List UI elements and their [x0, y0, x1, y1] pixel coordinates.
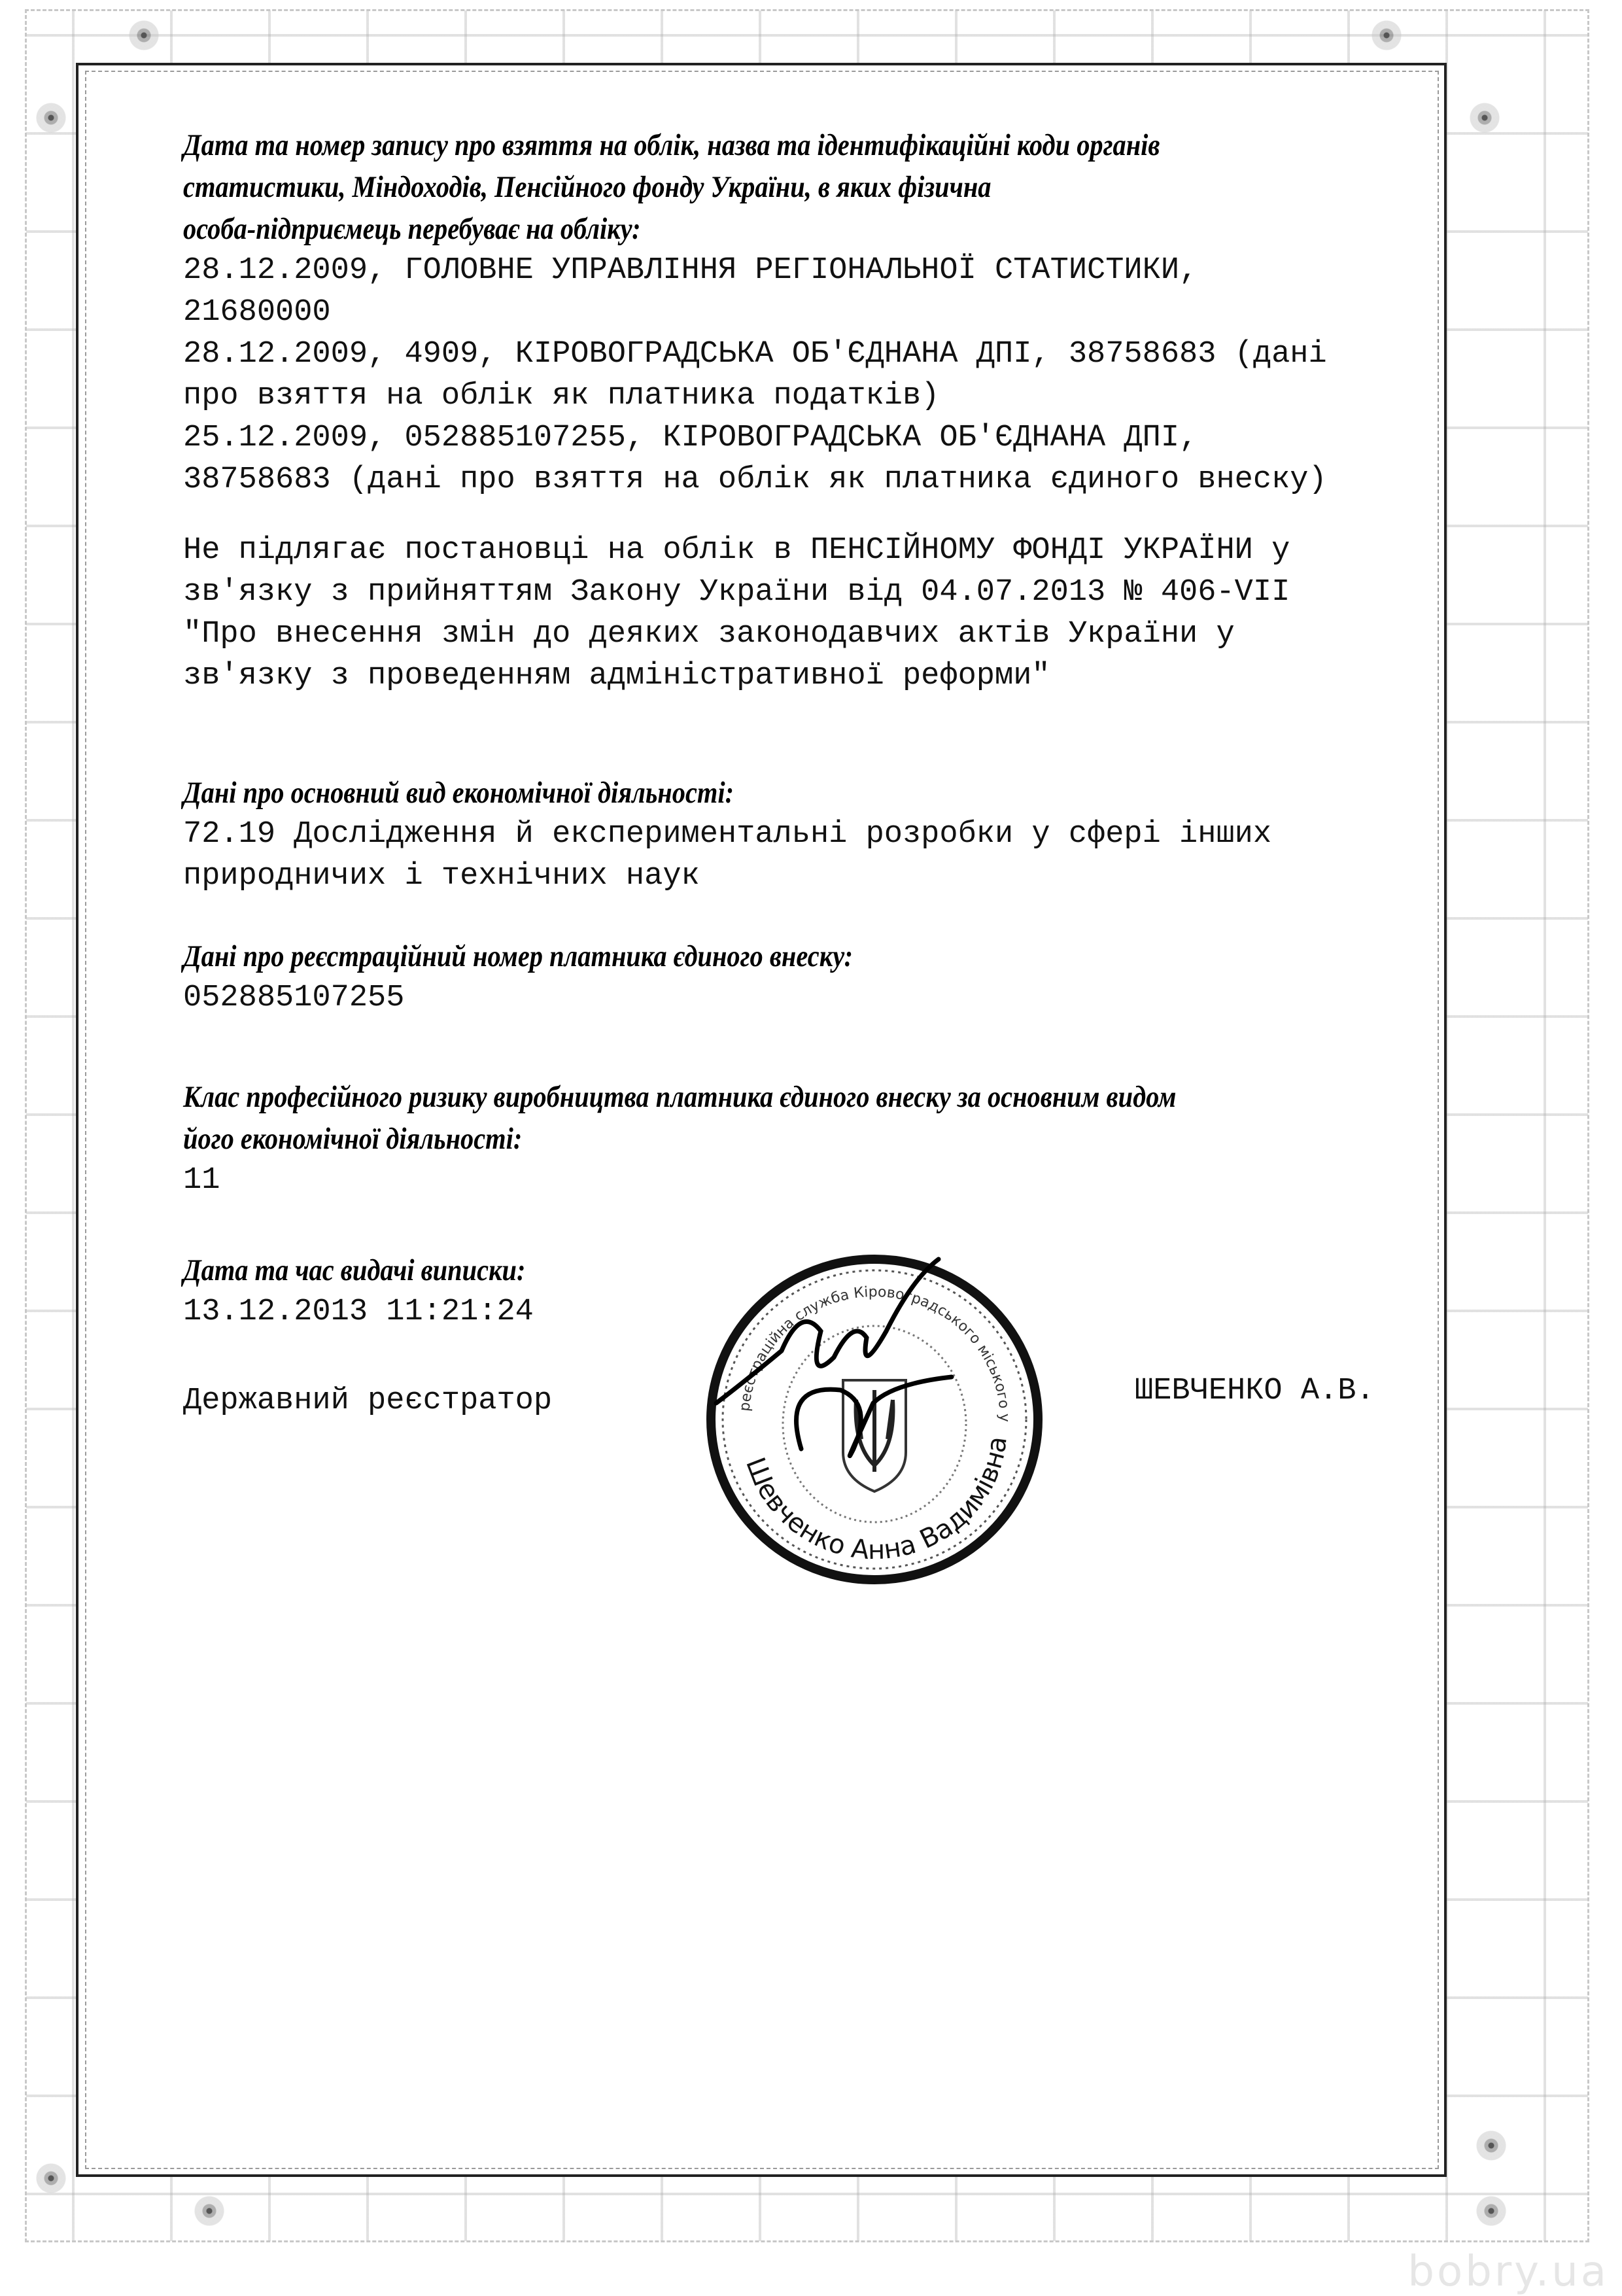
registration-value: про взяття на облік як платника податків…	[183, 375, 1327, 417]
pension-note-line: Не підлягає постановці на облік в ПЕНСІЙ…	[183, 530, 1290, 572]
activity-section: Дані про основний вид економічної діяльн…	[183, 772, 1271, 897]
issue-date-value: 13.12.2013 11:21:24	[183, 1291, 581, 1333]
registration-heading: статистики, Міндоходів, Пенсійного фонду…	[183, 166, 1167, 208]
watermark: bobry.ua	[1407, 2248, 1609, 2296]
ornament-icon	[31, 2159, 71, 2198]
ornament-icon	[1465, 98, 1504, 137]
risk-class-heading: Клас професійного ризику виробництва пла…	[183, 1076, 1177, 1118]
activity-heading: Дані про основний вид економічної діяльн…	[183, 772, 1119, 814]
payer-number-section: Дані про реєстраційний номер платника єд…	[183, 935, 962, 1019]
ornament-icon	[190, 2191, 229, 2231]
issue-date-heading: Дата та час видачі виписки:	[183, 1249, 525, 1291]
payer-number-heading: Дані про реєстраційний номер платника єд…	[183, 935, 853, 977]
official-seal: реєстраційна служба Кіровоградського міс…	[703, 1253, 1046, 1586]
registration-value: 28.12.2009, 4909, КІРОВОГРАДСЬКА ОБ'ЄДНА…	[183, 334, 1327, 375]
risk-class-section: Клас професійного ризику виробництва пла…	[183, 1076, 1338, 1202]
pension-note: Не підлягає постановці на облік в ПЕНСІЙ…	[183, 530, 1290, 697]
registration-value: 25.12.2009, 052885107255, КІРОВОГРАДСЬКА…	[183, 417, 1327, 459]
registrar-role: Державний реєстратор	[183, 1380, 552, 1422]
registration-heading: Дата та номер запису про взяття на облік…	[183, 124, 1167, 166]
risk-class-heading: його економічної діяльності:	[183, 1118, 1177, 1160]
seal-outer-text: реєстраційна служба Кіровоградського міс…	[703, 1253, 1012, 1422]
registration-value: 28.12.2009, ГОЛОВНЕ УПРАВЛІННЯ РЕГІОНАЛЬ…	[183, 250, 1327, 292]
ornament-icon	[124, 16, 164, 55]
registrar-name: ШЕВЧЕНКО А.В.	[1135, 1370, 1375, 1412]
pension-note-line: зв'язку з проведенням адміністративної р…	[183, 655, 1290, 697]
payer-number-value: 052885107255	[183, 977, 962, 1019]
pension-note-line: "Про внесення змін до деяких законодавчи…	[183, 614, 1290, 655]
signature-icon	[716, 1259, 952, 1456]
ornament-icon	[31, 98, 71, 137]
ornament-icon	[1472, 2191, 1511, 2231]
activity-value: 72.19 Дослідження й експериментальні роз…	[183, 814, 1271, 856]
ornament-icon	[1367, 16, 1406, 55]
activity-value: природничих і технічних наук	[183, 856, 1271, 897]
registration-section: Дата та номер запису про взяття на облік…	[183, 124, 1327, 501]
issue-date-section: Дата та час видачі виписки: 13.12.2013 1…	[183, 1249, 581, 1333]
registration-value: 38758683 (дані про взяття на облік як пл…	[183, 459, 1327, 501]
ornament-icon	[1472, 2126, 1511, 2165]
risk-class-value: 11	[183, 1160, 1338, 1202]
registration-heading: особа-підприємець перебуває на обліку:	[183, 208, 1167, 250]
pension-note-line: зв'язку з прийняттям Закону України від …	[183, 572, 1290, 614]
registration-value: 21680000	[183, 292, 1327, 334]
